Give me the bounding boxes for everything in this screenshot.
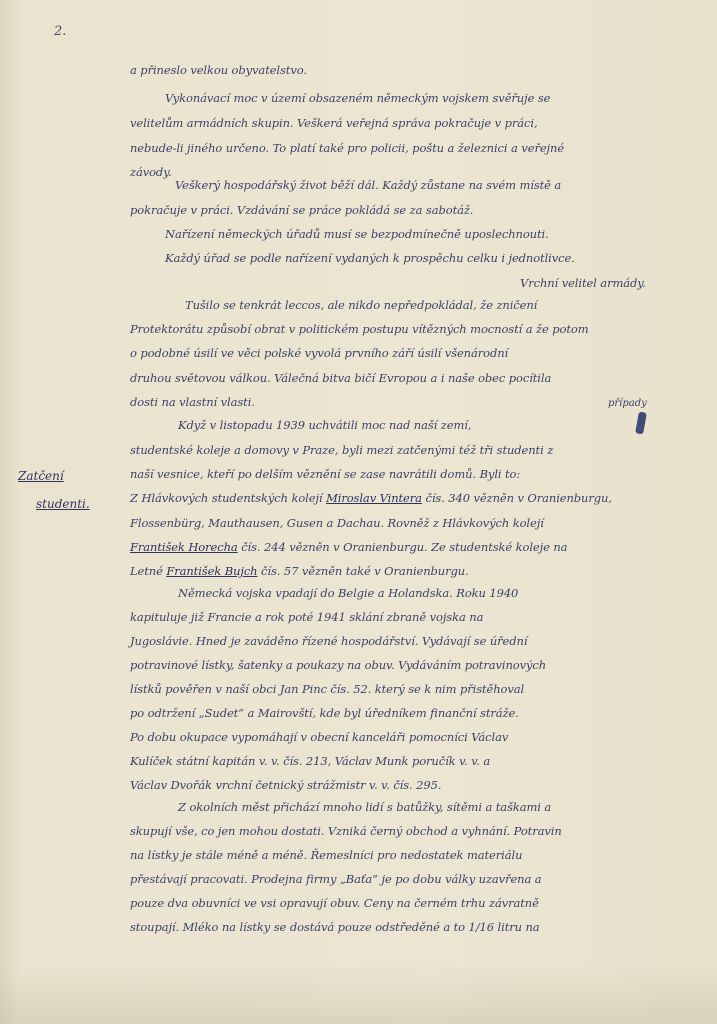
- text-line: pouze dva obuvníci ve vsi opravují obuv.…: [130, 896, 539, 910]
- document-page: 2. Zatčení studenti. případy a přineslo …: [0, 0, 717, 1024]
- text-line: velitelům armádních skupin. Veškerá veře…: [130, 116, 538, 130]
- text-line: Z Hlávkových studentských kolejí Mirosla…: [130, 491, 612, 505]
- text-line: Kulíček státní kapitán v. v. čís. 213, V…: [130, 754, 490, 768]
- text-line: skupují vše, co jen mohou dostati. Vznik…: [130, 824, 562, 838]
- insert-correction: případy: [608, 398, 647, 409]
- text-line: a přineslo velkou obyvatelstvo.: [130, 63, 307, 77]
- text-line: lístků pověřen v naší obci Jan Pinc čís.…: [130, 682, 524, 696]
- underlined-name: František Horecha: [130, 540, 238, 554]
- text-line: stoupají. Mléko na lístky se dostává pou…: [130, 920, 540, 934]
- ink-blot: [635, 411, 647, 434]
- text-line: Z okolních měst přichází mnoho lidí s ba…: [178, 800, 551, 814]
- text-line: Letné František Bujch čís. 57 vězněn tak…: [130, 564, 469, 578]
- page-number: 2.: [54, 24, 66, 39]
- text-line: Protektorátu způsobí obrat v politickém …: [130, 322, 589, 336]
- text-line: dosti na vlastní vlasti.: [130, 395, 255, 409]
- text-line: Tušilo se tenkrát leccos, ale nikdo nepř…: [185, 298, 537, 312]
- text-line: na lístky je stále méně a méně. Řemeslní…: [130, 848, 522, 862]
- text-line: František Horecha čís. 244 vězněn v Oran…: [130, 540, 567, 554]
- text-line: Jugoslávie. Hned je zaváděno řízené hosp…: [130, 634, 527, 648]
- text-line: po odtržení „Sudet“ a Mairovští, kde byl…: [130, 706, 519, 720]
- text-line: naší vesnice, kteří po delším věznění se…: [130, 467, 520, 481]
- text-line: Vykonávací moc v území obsazeném německý…: [165, 91, 550, 105]
- text-line: potravinové lístky, šatenky a poukazy na…: [130, 658, 546, 672]
- text-line: Vrchní velitel armády.: [520, 276, 646, 290]
- text-line: Když v listopadu 1939 uchvátili moc nad …: [178, 418, 471, 432]
- text-line: druhou světovou válkou. Válečná bitva bi…: [130, 371, 551, 385]
- text-line: Nařízení německých úřadů musí se bezpodm…: [165, 227, 549, 241]
- margin-note-line-2: studenti.: [18, 490, 108, 518]
- text-line: závody.: [130, 165, 172, 179]
- text-line: studentské koleje a domovy v Praze, byli…: [130, 443, 553, 457]
- text-line: kapituluje již Francie a rok poté 1941 s…: [130, 610, 483, 624]
- text-line: Německá vojska vpadají do Belgie a Holan…: [178, 586, 518, 600]
- text-line: o podobné úsilí ve věci polské vyvolá pr…: [130, 346, 508, 360]
- text-line: Každý úřad se podle nařízení vydaných k …: [165, 251, 575, 265]
- text-line: Veškerý hospodářský život běží dál. Každ…: [175, 178, 561, 192]
- underlined-name: František Bujch: [166, 564, 257, 578]
- text-line: přestávají pracovati. Prodejna firmy „Ba…: [130, 872, 542, 886]
- text-line: Po dobu okupace vypomáhají v obecní kanc…: [130, 730, 508, 744]
- margin-note-line-1: Zatčení: [18, 462, 108, 490]
- text-line: pokračuje v práci. Vzdávání se práce pok…: [130, 203, 473, 217]
- underlined-name: Miroslav Vintera: [326, 491, 422, 505]
- text-line: Václav Dvořák vrchní četnický strážmistr…: [130, 778, 441, 792]
- text-line: nebude-li jiného určeno. To platí také p…: [130, 141, 564, 155]
- margin-note: Zatčení studenti.: [18, 462, 108, 518]
- text-line: Flossenbürg, Mauthausen, Gusen a Dachau.…: [130, 516, 544, 530]
